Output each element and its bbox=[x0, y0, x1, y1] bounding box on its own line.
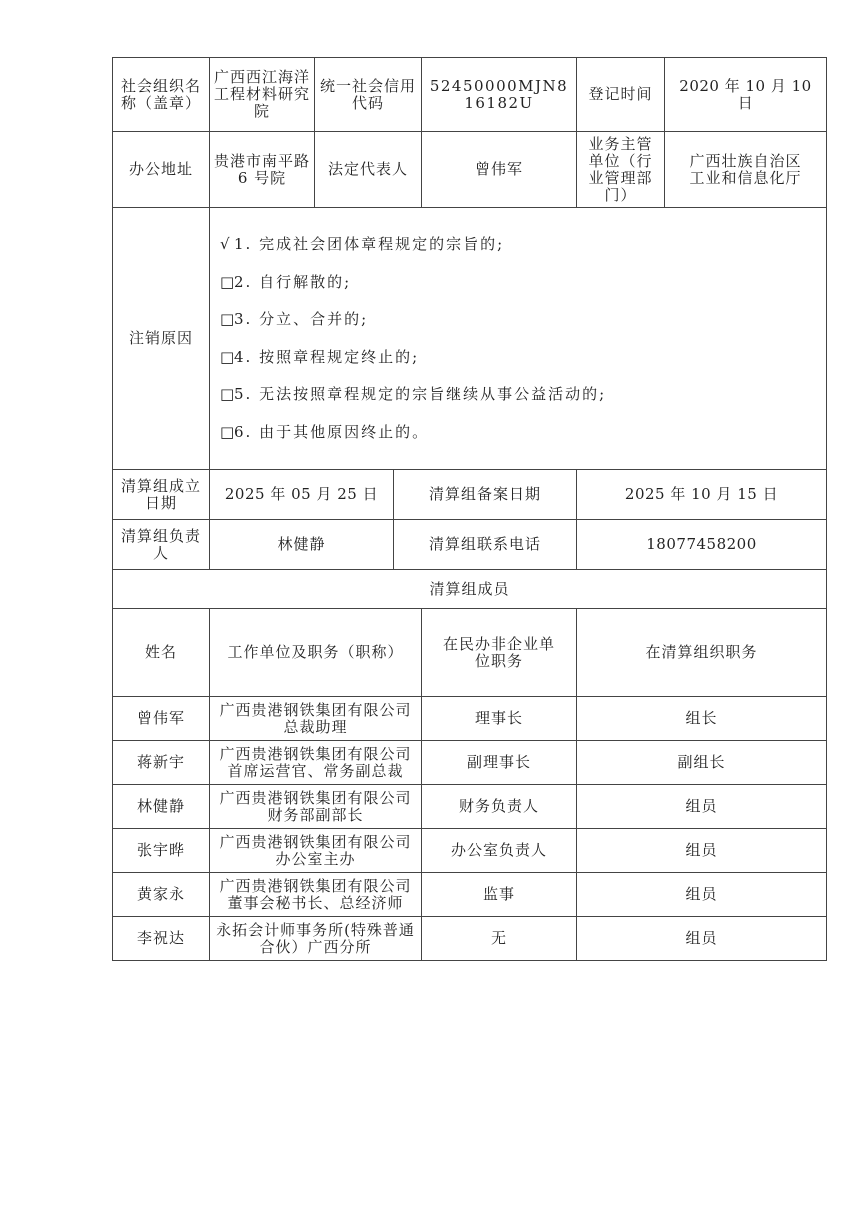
reason-item-5: □5. 无法按照章程规定的宗旨继续从事公益活动的; bbox=[220, 376, 822, 414]
reason-text: 2. 自行解散的; bbox=[234, 273, 351, 291]
head-value: 林健静 bbox=[210, 520, 394, 570]
member-row: 张宇晔 广西贵港钢铁集团有限公司办公室主办 办公室负责人 组员 bbox=[113, 829, 827, 873]
col-header-name: 姓名 bbox=[113, 609, 210, 697]
liquidation-dates-row: 清算组成立日期 2025 年 05 月 25 日 清算组备案日期 2025 年 … bbox=[113, 470, 827, 520]
credit-code-value: 52450000MJN816182U bbox=[422, 58, 577, 132]
legal-rep-label: 法定代表人 bbox=[315, 132, 422, 208]
members-header-row: 姓名 工作单位及职务（职称） 在民办非企业单位职务 在清算组织职务 bbox=[113, 609, 827, 697]
org-info-row: 社会组织名称（盖章） 广西西江海洋工程材料研究院 统一社会信用代码 524500… bbox=[113, 58, 827, 132]
reason-item-4: □4. 按照章程规定终止的; bbox=[220, 339, 822, 377]
checkbox-empty-icon[interactable]: □ bbox=[220, 301, 234, 339]
member-name: 黄家永 bbox=[113, 873, 210, 917]
member-row: 李祝达 永拓会计师事务所(特殊普通合伙）广西分所 无 组员 bbox=[113, 917, 827, 961]
phone-value: 18077458200 bbox=[577, 520, 827, 570]
address-row: 办公地址 贵港市南平路 6 号院 法定代表人 曾伟军 业务主管单位（行业管理部门… bbox=[113, 132, 827, 208]
member-unit: 广西贵港钢铁集团有限公司财务部副部长 bbox=[210, 785, 422, 829]
head-label: 清算组负责人 bbox=[113, 520, 210, 570]
member-unit: 广西贵港钢铁集团有限公司首席运营官、常务副总裁 bbox=[210, 741, 422, 785]
reason-text: 1. 完成社会团体章程规定的宗旨的; bbox=[234, 235, 504, 253]
reason-item-1: √1. 完成社会团体章程规定的宗旨的; bbox=[220, 226, 822, 264]
reason-item-3: □3. 分立、合并的; bbox=[220, 301, 822, 339]
member-liq-role: 组员 bbox=[577, 785, 827, 829]
address-value: 贵港市南平路 6 号院 bbox=[210, 132, 315, 208]
supervisor-value: 广西壮族自治区工业和信息化厅 bbox=[665, 132, 827, 208]
member-org-role: 无 bbox=[422, 917, 577, 961]
checkbox-empty-icon[interactable]: □ bbox=[220, 376, 234, 414]
member-row: 蒋新宇 广西贵港钢铁集团有限公司首席运营官、常务副总裁 副理事长 副组长 bbox=[113, 741, 827, 785]
reason-text: 5. 无法按照章程规定的宗旨继续从事公益活动的; bbox=[234, 385, 606, 403]
reason-text: 6. 由于其他原因终止的。 bbox=[234, 423, 429, 441]
legal-rep-value: 曾伟军 bbox=[422, 132, 577, 208]
reason-text: 4. 按照章程规定终止的; bbox=[234, 348, 419, 366]
member-unit: 广西贵港钢铁集团有限公司董事会秘书长、总经济师 bbox=[210, 873, 422, 917]
member-name: 李祝达 bbox=[113, 917, 210, 961]
reg-time-label: 登记时间 bbox=[577, 58, 665, 132]
member-liq-role: 副组长 bbox=[577, 741, 827, 785]
member-unit: 永拓会计师事务所(特殊普通合伙）广西分所 bbox=[210, 917, 422, 961]
filed-date-label: 清算组备案日期 bbox=[394, 470, 577, 520]
member-org-role: 财务负责人 bbox=[422, 785, 577, 829]
member-org-role: 办公室负责人 bbox=[422, 829, 577, 873]
reason-item-6: □6. 由于其他原因终止的。 bbox=[220, 414, 822, 452]
members-title: 清算组成员 bbox=[113, 570, 827, 609]
member-liq-role: 组长 bbox=[577, 697, 827, 741]
member-unit: 广西贵港钢铁集团有限公司办公室主办 bbox=[210, 829, 422, 873]
checkbox-empty-icon[interactable]: □ bbox=[220, 339, 234, 377]
filed-date-value: 2025 年 10 月 15 日 bbox=[577, 470, 827, 520]
cancellation-form-table: 社会组织名称（盖章） 广西西江海洋工程材料研究院 统一社会信用代码 524500… bbox=[112, 57, 827, 961]
supervisor-label: 业务主管单位（行业管理部门） bbox=[577, 132, 665, 208]
org-name-value: 广西西江海洋工程材料研究院 bbox=[210, 58, 315, 132]
credit-code-label: 统一社会信用代码 bbox=[315, 58, 422, 132]
member-org-role: 理事长 bbox=[422, 697, 577, 741]
member-row: 曾伟军 广西贵港钢铁集团有限公司总裁助理 理事长 组长 bbox=[113, 697, 827, 741]
member-row: 林健静 广西贵港钢铁集团有限公司财务部副部长 财务负责人 组员 bbox=[113, 785, 827, 829]
phone-label: 清算组联系电话 bbox=[394, 520, 577, 570]
col-header-liq-role: 在清算组织职务 bbox=[577, 609, 827, 697]
members-title-row: 清算组成员 bbox=[113, 570, 827, 609]
checkmark-icon[interactable]: √ bbox=[220, 226, 234, 264]
member-liq-role: 组员 bbox=[577, 829, 827, 873]
established-date-value: 2025 年 05 月 25 日 bbox=[210, 470, 394, 520]
liquidation-head-row: 清算组负责人 林健静 清算组联系电话 18077458200 bbox=[113, 520, 827, 570]
member-unit: 广西贵港钢铁集团有限公司总裁助理 bbox=[210, 697, 422, 741]
reason-item-2: □2. 自行解散的; bbox=[220, 264, 822, 302]
member-row: 黄家永 广西贵港钢铁集团有限公司董事会秘书长、总经济师 监事 组员 bbox=[113, 873, 827, 917]
cancellation-reason-row: 注销原因 √1. 完成社会团体章程规定的宗旨的; □2. 自行解散的; □3. … bbox=[113, 208, 827, 470]
cancellation-reason-list: √1. 完成社会团体章程规定的宗旨的; □2. 自行解散的; □3. 分立、合并… bbox=[210, 208, 827, 470]
member-liq-role: 组员 bbox=[577, 917, 827, 961]
established-date-label: 清算组成立日期 bbox=[113, 470, 210, 520]
member-name: 张宇晔 bbox=[113, 829, 210, 873]
member-liq-role: 组员 bbox=[577, 873, 827, 917]
org-name-label: 社会组织名称（盖章） bbox=[113, 58, 210, 132]
reason-text: 3. 分立、合并的; bbox=[234, 310, 368, 328]
col-header-unit: 工作单位及职务（职称） bbox=[210, 609, 422, 697]
cancellation-reason-label: 注销原因 bbox=[113, 208, 210, 470]
member-org-role: 监事 bbox=[422, 873, 577, 917]
checkbox-empty-icon[interactable]: □ bbox=[220, 414, 234, 452]
col-header-org-role: 在民办非企业单位职务 bbox=[422, 609, 577, 697]
member-org-role: 副理事长 bbox=[422, 741, 577, 785]
address-label: 办公地址 bbox=[113, 132, 210, 208]
member-name: 林健静 bbox=[113, 785, 210, 829]
checkbox-empty-icon[interactable]: □ bbox=[220, 264, 234, 302]
member-name: 曾伟军 bbox=[113, 697, 210, 741]
document-page: 社会组织名称（盖章） 广西西江海洋工程材料研究院 统一社会信用代码 524500… bbox=[0, 0, 868, 1227]
member-name: 蒋新宇 bbox=[113, 741, 210, 785]
reg-time-value: 2020 年 10 月 10 日 bbox=[665, 58, 827, 132]
